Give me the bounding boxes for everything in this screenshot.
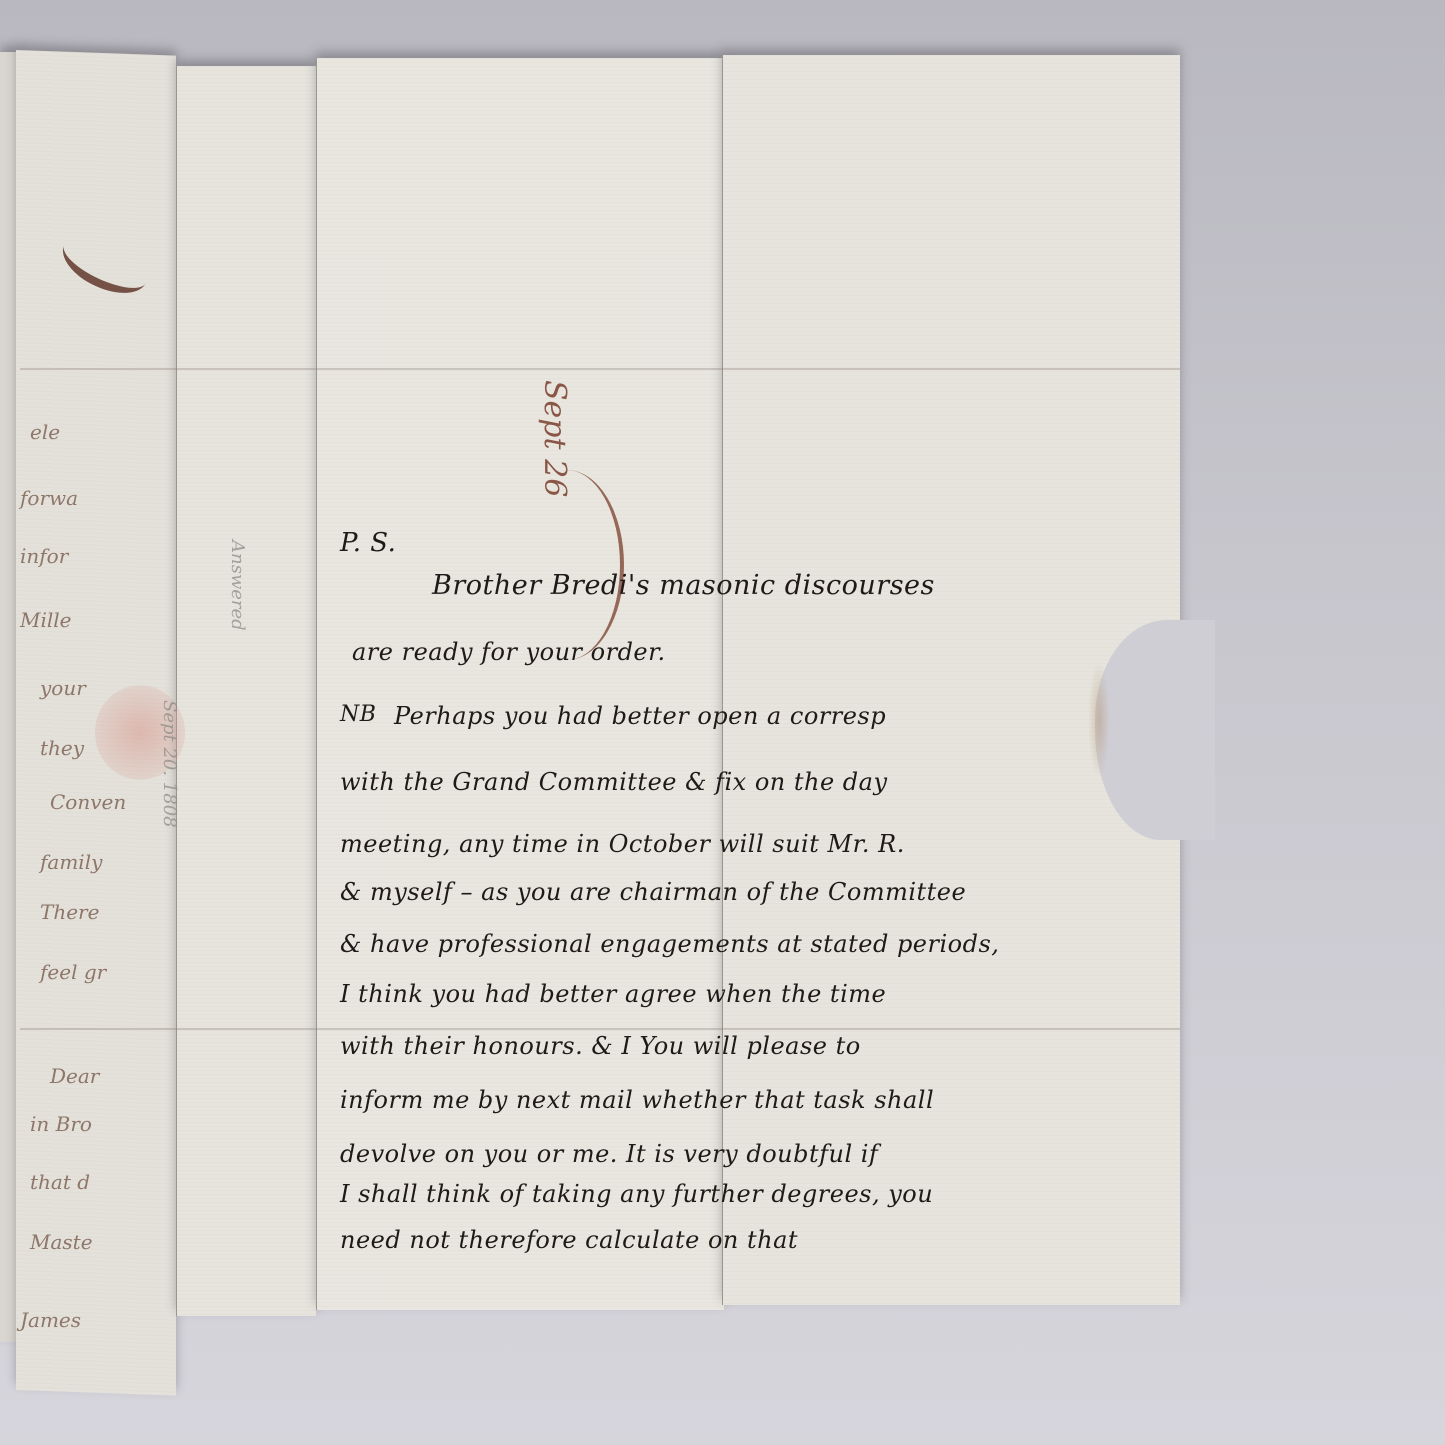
ps-line-1: Brother Bredi's masonic discourses	[432, 570, 935, 601]
nb-mark: NB	[340, 702, 376, 727]
torn-paper-hole	[1095, 620, 1215, 840]
ps-line-12: I shall think of taking any further degr…	[340, 1180, 933, 1208]
docket-date: Sept 20. 1808	[159, 700, 180, 828]
fold-line	[20, 1028, 1180, 1030]
ps-line-3: Perhaps you had better open a corresp	[394, 702, 886, 730]
ps-line-11: devolve on you or me. It is very doubtfu…	[340, 1140, 878, 1168]
postmark-stamp: Sept 26	[537, 380, 572, 497]
ps-line-9: with their honours. & I You will please …	[340, 1032, 861, 1060]
ps-line-4: with the Grand Committee & fix on the da…	[340, 768, 888, 796]
fold-line	[722, 55, 723, 1305]
paper-panel-main	[316, 58, 724, 1310]
ps-line-7: & have professional engagements at state…	[340, 930, 999, 958]
ps-line-13: need not therefore calculate on that	[340, 1226, 798, 1254]
docket-note: Answered	[227, 540, 248, 631]
ps-line-10: inform me by next mail whether that task…	[340, 1086, 934, 1114]
ps-line-2: are ready for your order.	[352, 638, 666, 666]
ps-line-5: meeting, any time in October will suit M…	[340, 830, 905, 858]
ps-line-8: I think you had better agree when the ti…	[340, 980, 886, 1008]
fold-line	[316, 58, 317, 1310]
age-stain	[1088, 660, 1110, 780]
ps-line-6: & myself – as you are chairman of the Co…	[340, 878, 966, 906]
fold-line	[20, 368, 1180, 370]
paper-panel-center-left	[176, 66, 316, 1316]
ps-heading: P. S.	[340, 528, 396, 558]
fold-line	[176, 66, 177, 1316]
postmark-arc	[510, 470, 624, 660]
